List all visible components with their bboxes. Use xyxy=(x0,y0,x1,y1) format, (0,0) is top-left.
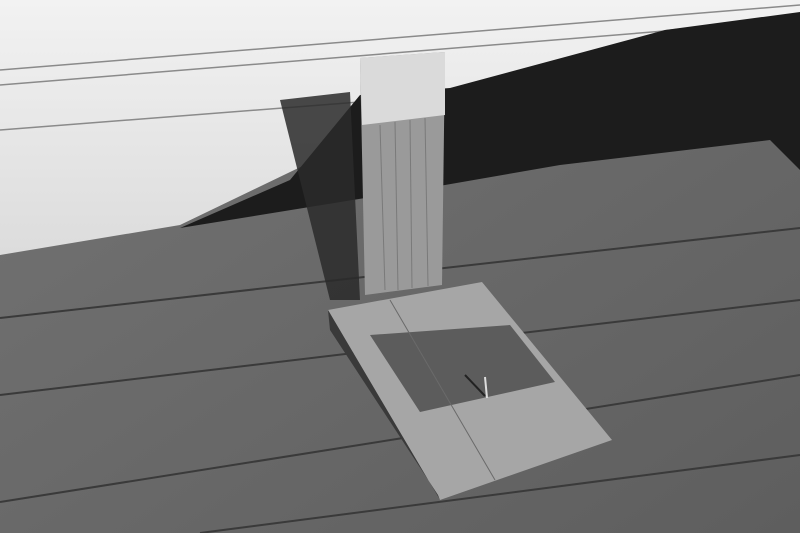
photograph xyxy=(0,0,800,533)
photo-canvas xyxy=(0,0,800,533)
upright-board xyxy=(360,52,445,295)
